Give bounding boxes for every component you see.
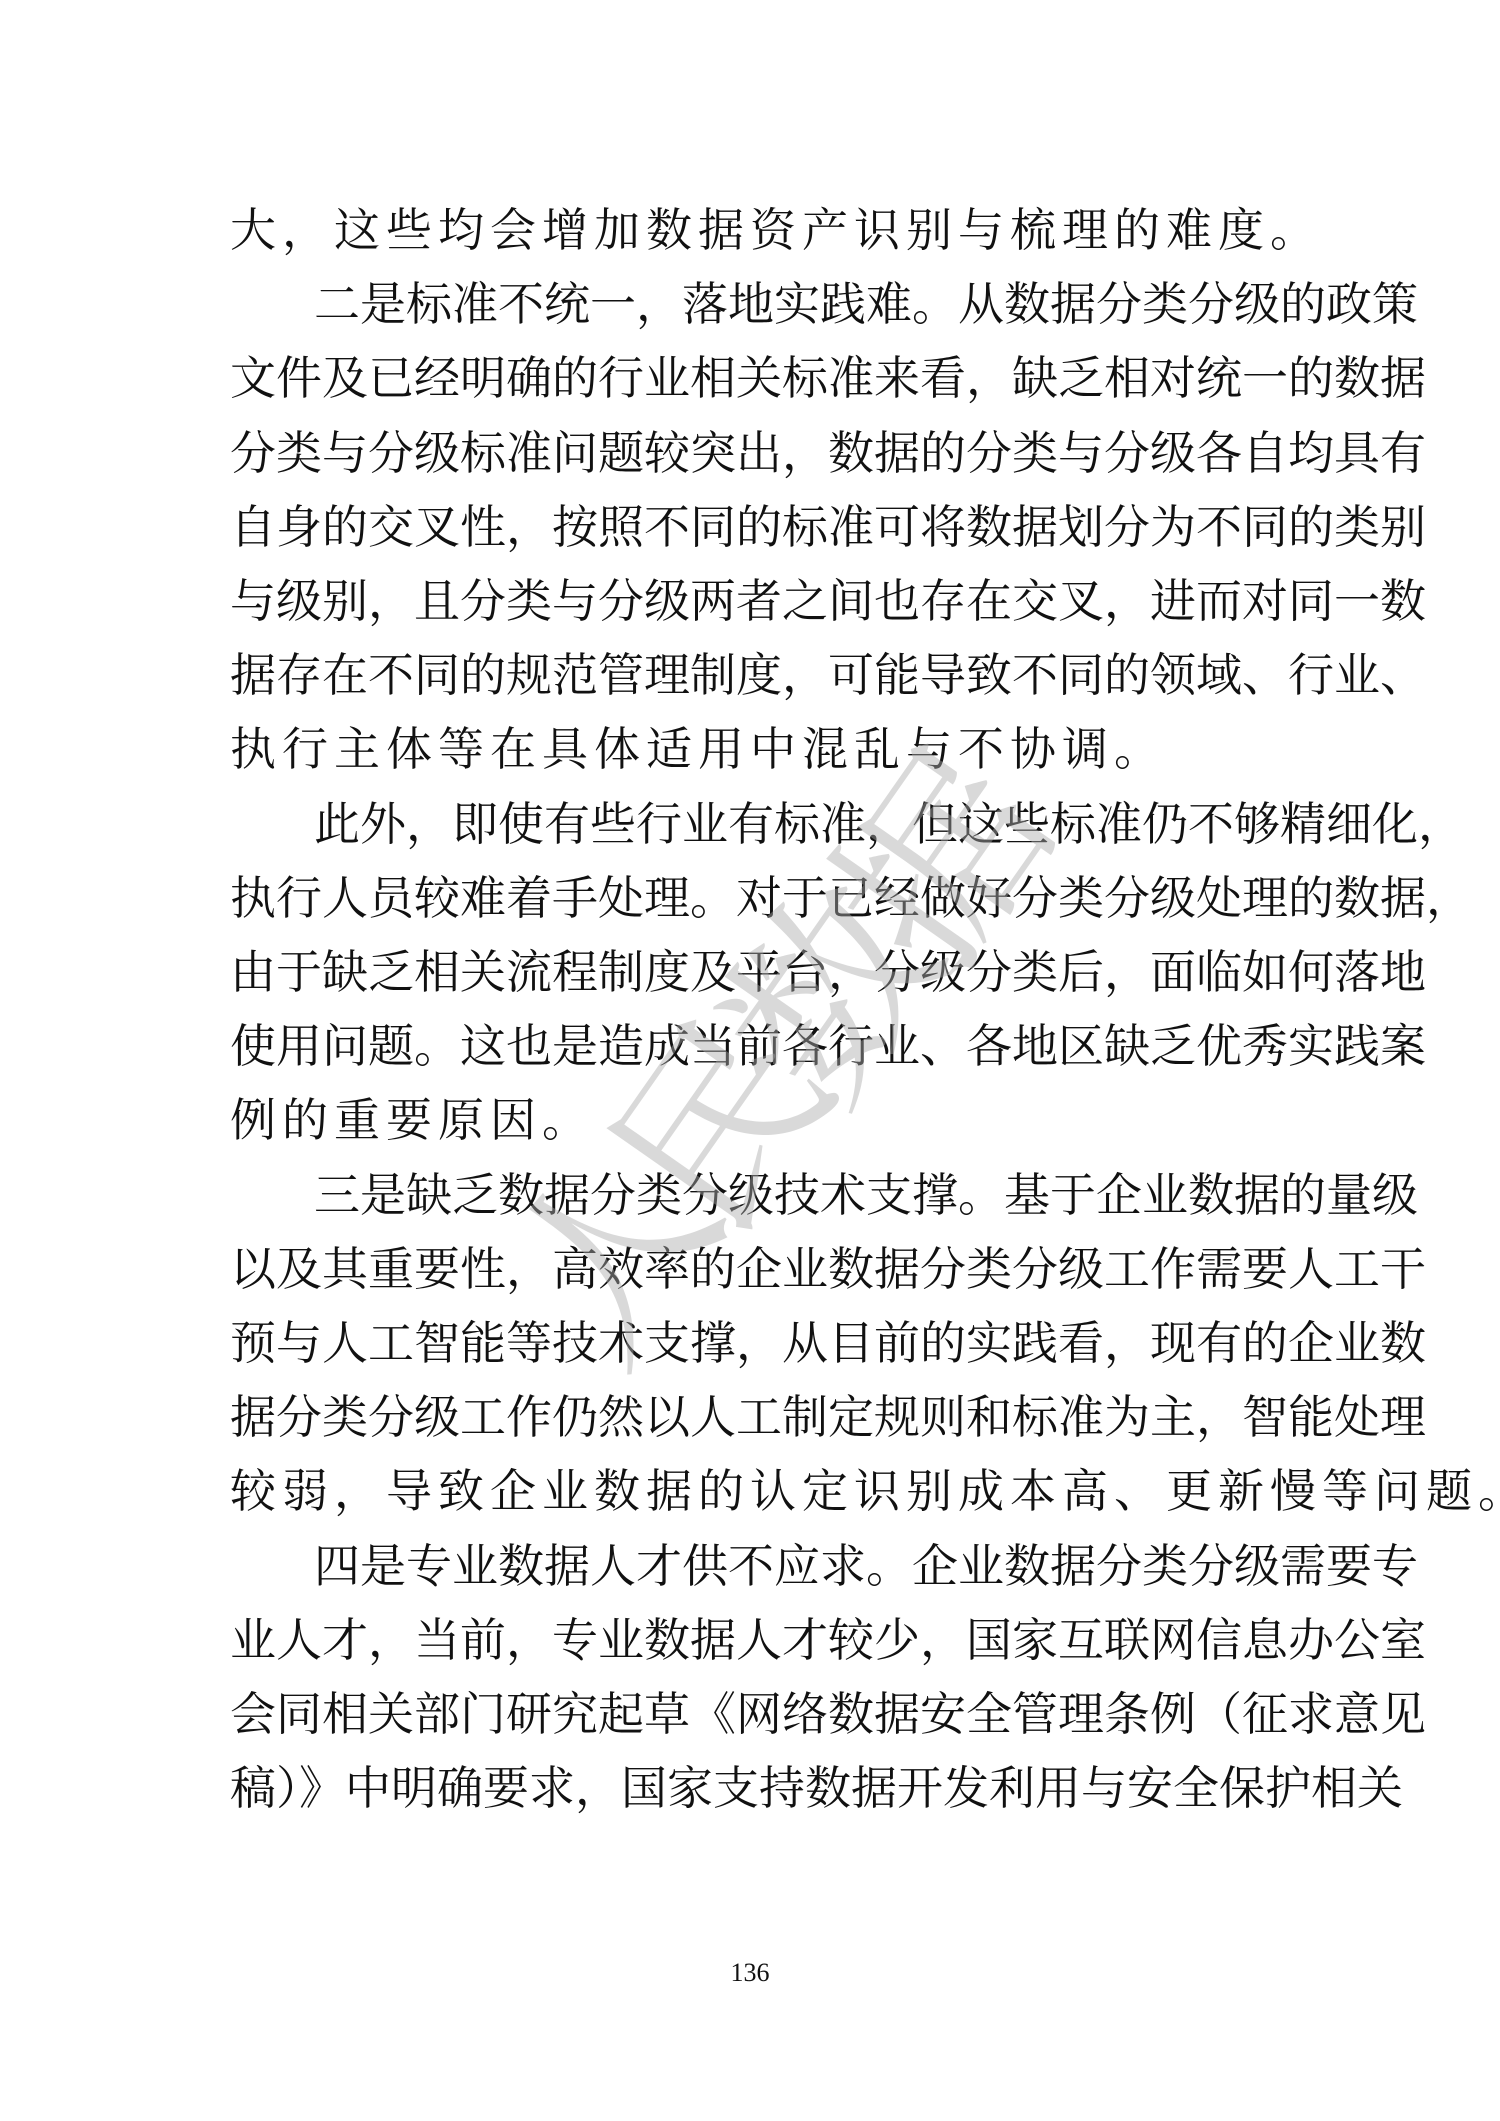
document-page: 大，这些均会增加数据资产识别与梳理的难度。二是标准不统一，落地实践难。从数据分类… bbox=[0, 0, 1500, 2121]
text-line: 文件及已经明确的行业相关标准来看，缺乏相对统一的数据 bbox=[230, 348, 1290, 408]
text-line: 使用问题。这也是造成当前各行业、各地区缺乏优秀实践案 bbox=[230, 1016, 1290, 1076]
text-line: 执行主体等在具体适用中混乱与不协调。 bbox=[230, 719, 1290, 779]
text-line: 稿）》中明确要求，国家支持数据开发利用与安全保护相关 bbox=[230, 1758, 1290, 1818]
text-line: 大，这些均会增加数据资产识别与梳理的难度。 bbox=[230, 200, 1290, 260]
text-line: 据分类分级工作仍然以人工制定规则和标准为主，智能处理 bbox=[230, 1387, 1290, 1447]
text-line: 据存在不同的规范管理制度，可能导致不同的领域、行业、 bbox=[230, 645, 1290, 705]
text-line: 业人才，当前，专业数据人才较少，国家互联网信息办公室 bbox=[230, 1610, 1290, 1670]
text-line: 自身的交叉性，按照不同的标准可将数据划分为不同的类别 bbox=[230, 497, 1290, 557]
text-line: 分类与分级标准问题较突出，数据的分类与分级各自均具有 bbox=[230, 423, 1290, 483]
text-line: 与级别，且分类与分级两者之间也存在交叉，进而对同一数 bbox=[230, 571, 1290, 631]
text-line: 预与人工智能等技术支撑，从目前的实践看，现有的企业数 bbox=[230, 1313, 1290, 1373]
text-line: 三是缺乏数据分类分级技术支撑。基于企业数据的量级 bbox=[314, 1165, 1290, 1225]
text-line: 执行人员较难着手处理。对于已经做好分类分级处理的数据， bbox=[230, 868, 1290, 928]
text-line: 由于缺乏相关流程制度及平台，分级分类后，面临如何落地 bbox=[230, 942, 1290, 1002]
page-number: 136 bbox=[0, 1958, 1500, 1988]
text-line: 此外，即使有些行业有标准，但这些标准仍不够精细化， bbox=[314, 794, 1290, 854]
text-line: 以及其重要性，高效率的企业数据分类分级工作需要人工干 bbox=[230, 1239, 1290, 1299]
text-line: 例的重要原因。 bbox=[230, 1090, 1290, 1150]
text-line: 会同相关部门研究起草《网络数据安全管理条例（征求意见 bbox=[230, 1684, 1290, 1744]
text-line: 二是标准不统一，落地实践难。从数据分类分级的政策 bbox=[314, 274, 1290, 334]
text-line: 较弱，导致企业数据的认定识别成本高、更新慢等问题。 bbox=[230, 1461, 1290, 1521]
text-line: 四是专业数据人才供不应求。企业数据分类分级需要专 bbox=[314, 1536, 1290, 1596]
